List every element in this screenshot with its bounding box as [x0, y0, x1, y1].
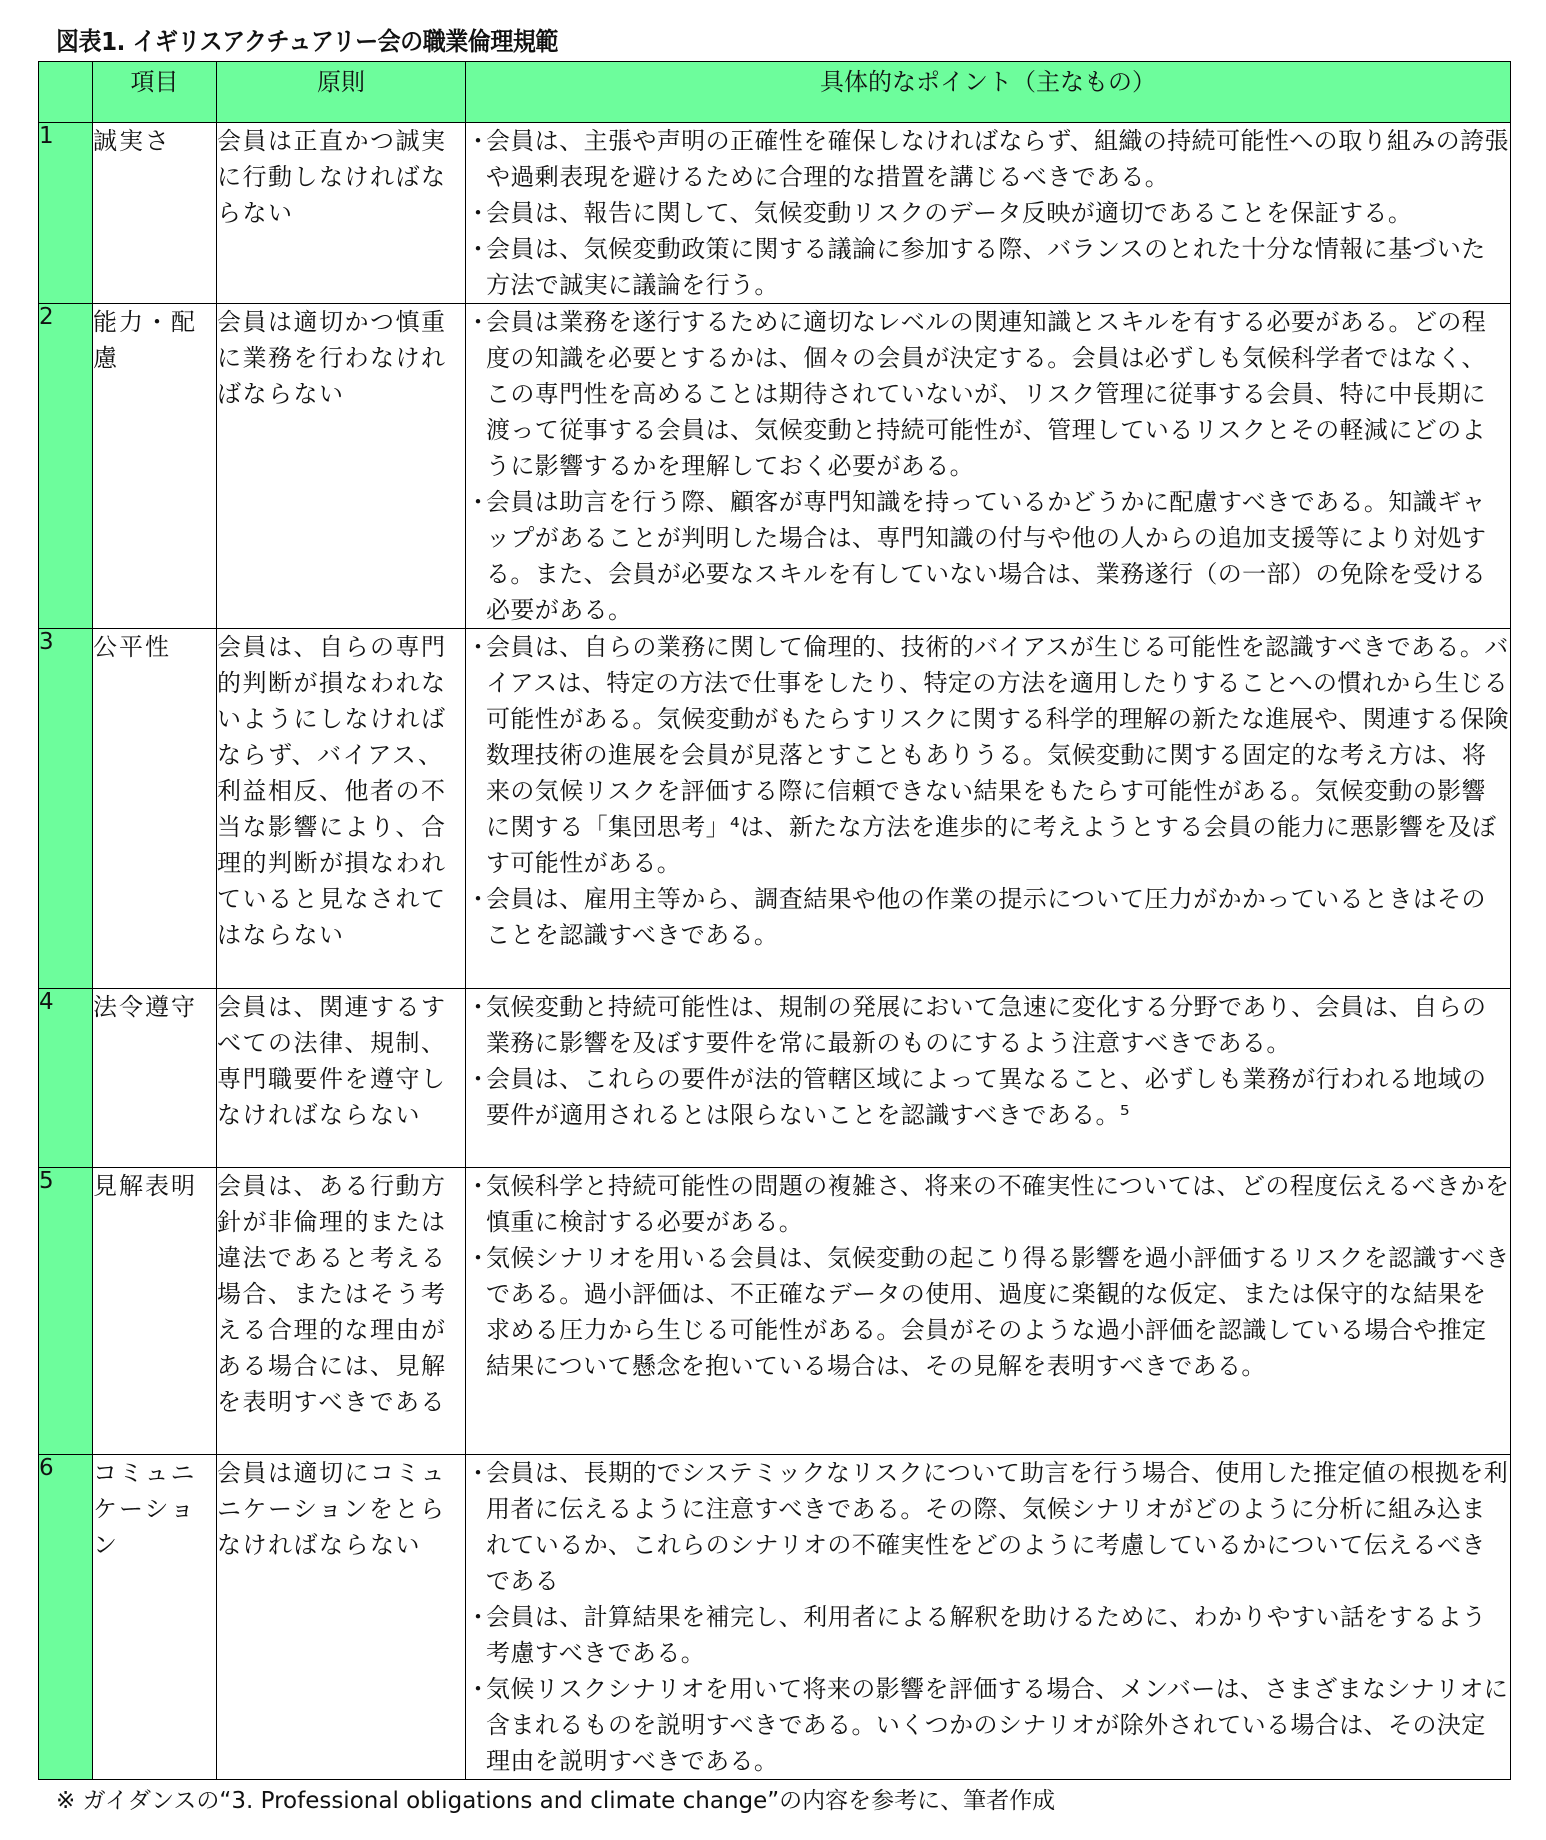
row-principle: 会員は、関連するすべての法律、規制、専門職要件を遵守しなければならない: [217, 989, 466, 1168]
bullet-icon: ・: [466, 1168, 490, 1204]
row-number: 6: [39, 1455, 93, 1780]
row-number: 4: [39, 989, 93, 1168]
source-footnote: ※ ガイダンスの“3. Professional obligations and…: [56, 1782, 1055, 1815]
table-header-row: 項目 原則 具体的なポイント（主なもの）: [39, 62, 1511, 123]
key-point-item: ・会員は、長期的でシステミックなリスクについて助言を行う場合、使用した推定値の根…: [466, 1455, 1510, 1599]
bullet-icon: ・: [466, 989, 490, 1025]
figure-title: 図表1. イギリスアクチュアリー会の職業倫理規範: [56, 22, 558, 58]
table-row: 6コミュニケーション会員は適切にコミュニケーションをとらなければならない・会員は…: [39, 1455, 1511, 1780]
row-item: コミュニケーション: [93, 1455, 217, 1780]
row-principle: 会員は正直かつ誠実に行動しなければならない: [217, 123, 466, 304]
bullet-icon: ・: [466, 881, 490, 917]
row-key-points: ・会員は、長期的でシステミックなリスクについて助言を行う場合、使用した推定値の根…: [466, 1455, 1511, 1780]
bullet-icon: ・: [466, 1240, 490, 1276]
header-principle: 原則: [217, 62, 466, 123]
key-point-item: ・会員は、これらの要件が法的管轄区域によって異なること、必ずしも業務が行われる地…: [466, 1061, 1510, 1133]
bullet-icon: ・: [466, 1455, 490, 1491]
key-point-item: ・会員は、雇用主等から、調査結果や他の作業の提示について圧力がかかっているときは…: [466, 881, 1510, 953]
row-number: 5: [39, 1168, 93, 1455]
key-point-item: ・会員は業務を遂行するために適切なレベルの関連知識とスキルを有する必要がある。ど…: [466, 304, 1510, 484]
row-principle: 会員は適切にコミュニケーションをとらなければならない: [217, 1455, 466, 1780]
row-item: 能力・配慮: [93, 304, 217, 629]
row-number: 2: [39, 304, 93, 629]
row-item: 見解表明: [93, 1168, 217, 1455]
key-point-item: ・気候リスクシナリオを用いて将来の影響を評価する場合、メンバーは、さまざまなシナ…: [466, 1671, 1510, 1779]
key-point-item: ・会員は、主張や声明の正確性を確保しなければならず、組織の持続可能性への取り組み…: [466, 123, 1510, 195]
key-point-item: ・気候シナリオを用いる会員は、気候変動の起こり得る影響を過小評価するリスクを認識…: [466, 1240, 1510, 1384]
row-principle: 会員は適切かつ慎重に業務を行わなければならない: [217, 304, 466, 629]
bullet-icon: ・: [466, 1671, 490, 1707]
table-row: 3公平性会員は、自らの専門的判断が損なわれないようにしなければならず、バイアス、…: [39, 629, 1511, 989]
bullet-icon: ・: [466, 231, 490, 267]
row-key-points: ・会員は、主張や声明の正確性を確保しなければならず、組織の持続可能性への取り組み…: [466, 123, 1511, 304]
bullet-icon: ・: [466, 629, 490, 665]
bullet-icon: ・: [466, 123, 490, 159]
header-number: [39, 62, 93, 123]
key-point-text: 会員は、報告に関して、気候変動リスクのデータ反映が適切であることを保証する。: [486, 199, 1412, 227]
key-point-text: 会員は助言を行う際、顧客が専門知識を持っているかどうかに配慮すべきである。知識ギ…: [486, 488, 1486, 624]
bullet-icon: ・: [466, 195, 490, 231]
ethics-code-table: 項目 原則 具体的なポイント（主なもの） 1誠実さ会員は正直かつ誠実に行動しなけ…: [38, 61, 1511, 1780]
table-row: 2能力・配慮会員は適切かつ慎重に業務を行わなければならない・会員は業務を遂行する…: [39, 304, 1511, 629]
key-point-item: ・気候変動と持続可能性は、規制の発展において急速に変化する分野であり、会員は、自…: [466, 989, 1510, 1061]
key-point-item: ・気候科学と持続可能性の問題の複雑さ、将来の不確実性については、どの程度伝えるべ…: [466, 1168, 1510, 1240]
key-point-text: 会員は業務を遂行するために適切なレベルの関連知識とスキルを有する必要がある。どの…: [486, 308, 1486, 480]
key-point-item: ・会員は、気候変動政策に関する議論に参加する際、バランスのとれた十分な情報に基づ…: [466, 231, 1510, 303]
key-point-item: ・会員は助言を行う際、顧客が専門知識を持っているかどうかに配慮すべきである。知識…: [466, 484, 1510, 628]
key-point-item: ・会員は、報告に関して、気候変動リスクのデータ反映が適切であることを保証する。: [466, 195, 1510, 231]
bullet-icon: ・: [466, 484, 490, 520]
key-point-text: 気候シナリオを用いる会員は、気候変動の起こり得る影響を過小評価するリスクを認識す…: [486, 1244, 1510, 1380]
table-row: 1誠実さ会員は正直かつ誠実に行動しなければならない・会員は、主張や声明の正確性を…: [39, 123, 1511, 304]
header-item: 項目: [93, 62, 217, 123]
key-point-text: 会員は、計算結果を補完し、利用者による解釈を助けるために、わかりやすい話をするよ…: [486, 1603, 1486, 1667]
key-point-text: 会員は、これらの要件が法的管轄区域によって異なること、必ずしも業務が行われる地域…: [486, 1065, 1486, 1129]
row-number: 1: [39, 123, 93, 304]
key-point-text: 会員は、気候変動政策に関する議論に参加する際、バランスのとれた十分な情報に基づい…: [486, 235, 1486, 299]
key-point-text: 気候リスクシナリオを用いて将来の影響を評価する場合、メンバーは、さまざまなシナリ…: [486, 1675, 1508, 1775]
key-point-text: 会員は、雇用主等から、調査結果や他の作業の提示について圧力がかかっているときはそ…: [486, 885, 1486, 949]
row-key-points: ・気候科学と持続可能性の問題の複雑さ、将来の不確実性については、どの程度伝えるべ…: [466, 1168, 1511, 1455]
row-item: 法令遵守: [93, 989, 217, 1168]
key-point-text: 会員は、長期的でシステミックなリスクについて助言を行う場合、使用した推定値の根拠…: [486, 1459, 1508, 1595]
row-item: 誠実さ: [93, 123, 217, 304]
bullet-icon: ・: [466, 1061, 490, 1097]
key-point-item: ・会員は、自らの業務に関して倫理的、技術的バイアスが生じる可能性を認識すべきであ…: [466, 629, 1510, 881]
header-key-points: 具体的なポイント（主なもの）: [466, 62, 1511, 123]
row-number: 3: [39, 629, 93, 989]
key-point-text: 会員は、自らの業務に関して倫理的、技術的バイアスが生じる可能性を認識すべきである…: [486, 633, 1509, 877]
row-key-points: ・会員は、自らの業務に関して倫理的、技術的バイアスが生じる可能性を認識すべきであ…: [466, 629, 1511, 989]
bullet-icon: ・: [466, 304, 490, 340]
row-principle: 会員は、ある行動方針が非倫理的または違法であると考える場合、またはそう考える合理…: [217, 1168, 466, 1455]
key-point-text: 会員は、主張や声明の正確性を確保しなければならず、組織の持続可能性への取り組みの…: [486, 127, 1509, 191]
bullet-icon: ・: [466, 1599, 490, 1635]
table-row: 4法令遵守会員は、関連するすべての法律、規制、専門職要件を遵守しなければならない…: [39, 989, 1511, 1168]
key-point-item: ・会員は、計算結果を補完し、利用者による解釈を助けるために、わかりやすい話をする…: [466, 1599, 1510, 1671]
row-key-points: ・気候変動と持続可能性は、規制の発展において急速に変化する分野であり、会員は、自…: [466, 989, 1511, 1168]
key-point-text: 気候変動と持続可能性は、規制の発展において急速に変化する分野であり、会員は、自ら…: [486, 993, 1486, 1057]
row-item: 公平性: [93, 629, 217, 989]
row-principle: 会員は、自らの専門的判断が損なわれないようにしなければならず、バイアス、利益相反…: [217, 629, 466, 989]
row-key-points: ・会員は業務を遂行するために適切なレベルの関連知識とスキルを有する必要がある。ど…: [466, 304, 1511, 629]
table-row: 5見解表明会員は、ある行動方針が非倫理的または違法であると考える場合、またはそう…: [39, 1168, 1511, 1455]
key-point-text: 気候科学と持続可能性の問題の複雑さ、将来の不確実性については、どの程度伝えるべき…: [486, 1172, 1509, 1236]
